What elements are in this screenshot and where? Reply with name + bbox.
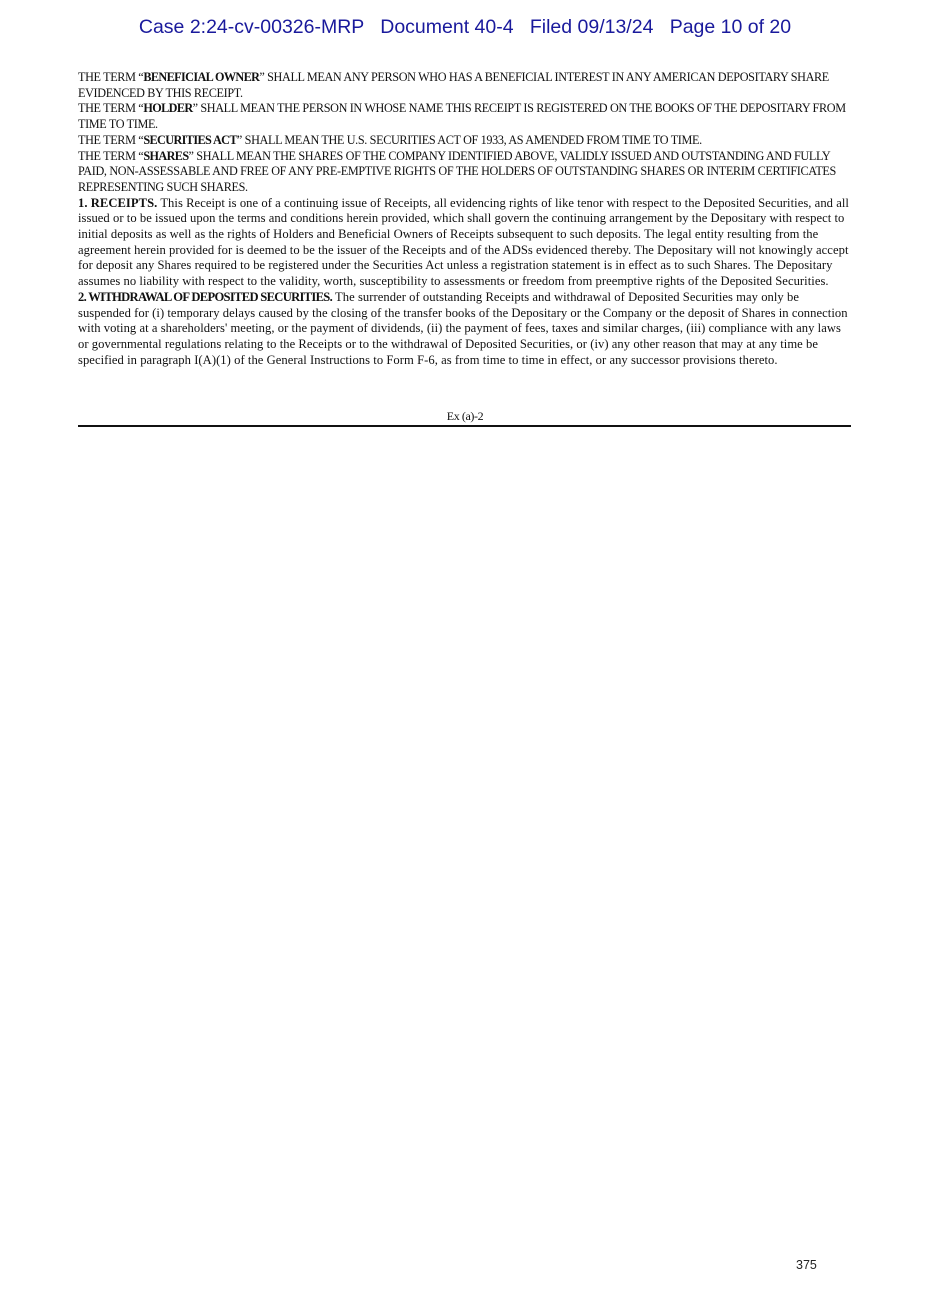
definition-prefix: THE TERM “ (78, 101, 143, 115)
filed-date: Filed 09/13/24 (530, 16, 654, 38)
definition-prefix: THE TERM “ (78, 133, 143, 147)
document-number: Document 40-4 (380, 16, 513, 38)
definition-prefix: THE TERM “ (78, 149, 143, 163)
section-body: This Receipt is one of a continuing issu… (78, 196, 849, 289)
definition-text: ” SHALL MEAN THE PERSON IN WHOSE NAME TH… (78, 101, 846, 131)
page-indicator: Page 10 of 20 (670, 16, 791, 38)
defined-term: SHARES (143, 149, 188, 163)
definition-shares: THE TERM “SHARES” SHALL MEAN THE SHARES … (78, 149, 852, 196)
defined-term: HOLDER (143, 101, 192, 115)
exhibit-label: Ex (a)-2 (0, 409, 930, 424)
definition-prefix: THE TERM “ (78, 70, 143, 84)
definition-beneficial-owner: THE TERM “BENEFICIAL OWNER” SHALL MEAN A… (78, 70, 852, 101)
section-heading: 1. RECEIPTS. (78, 196, 157, 210)
section-heading: 2. WITHDRAWAL OF DEPOSITED SECURITIES. (78, 290, 332, 304)
defined-term: BENEFICIAL OWNER (143, 70, 259, 84)
section-withdrawal: 2. WITHDRAWAL OF DEPOSITED SECURITIES. T… (78, 290, 852, 369)
case-number: Case 2:24-cv-00326-MRP (139, 16, 364, 38)
page-number: 375 (796, 1258, 817, 1272)
section-receipts: 1. RECEIPTS. This Receipt is one of a co… (78, 196, 852, 290)
court-filing-header: Case 2:24-cv-00326-MRP Document 40-4 Fil… (0, 16, 930, 39)
document-body: THE TERM “BENEFICIAL OWNER” SHALL MEAN A… (78, 70, 852, 368)
definition-holder: THE TERM “HOLDER” SHALL MEAN THE PERSON … (78, 101, 852, 132)
definition-text: ” SHALL MEAN THE U.S. SECURITIES ACT OF … (237, 133, 702, 147)
horizontal-rule (78, 425, 851, 427)
definition-text: ” SHALL MEAN THE SHARES OF THE COMPANY I… (78, 149, 836, 194)
definition-securities-act: THE TERM “SECURITIES ACT” SHALL MEAN THE… (78, 133, 852, 149)
defined-term: SECURITIES ACT (143, 133, 237, 147)
